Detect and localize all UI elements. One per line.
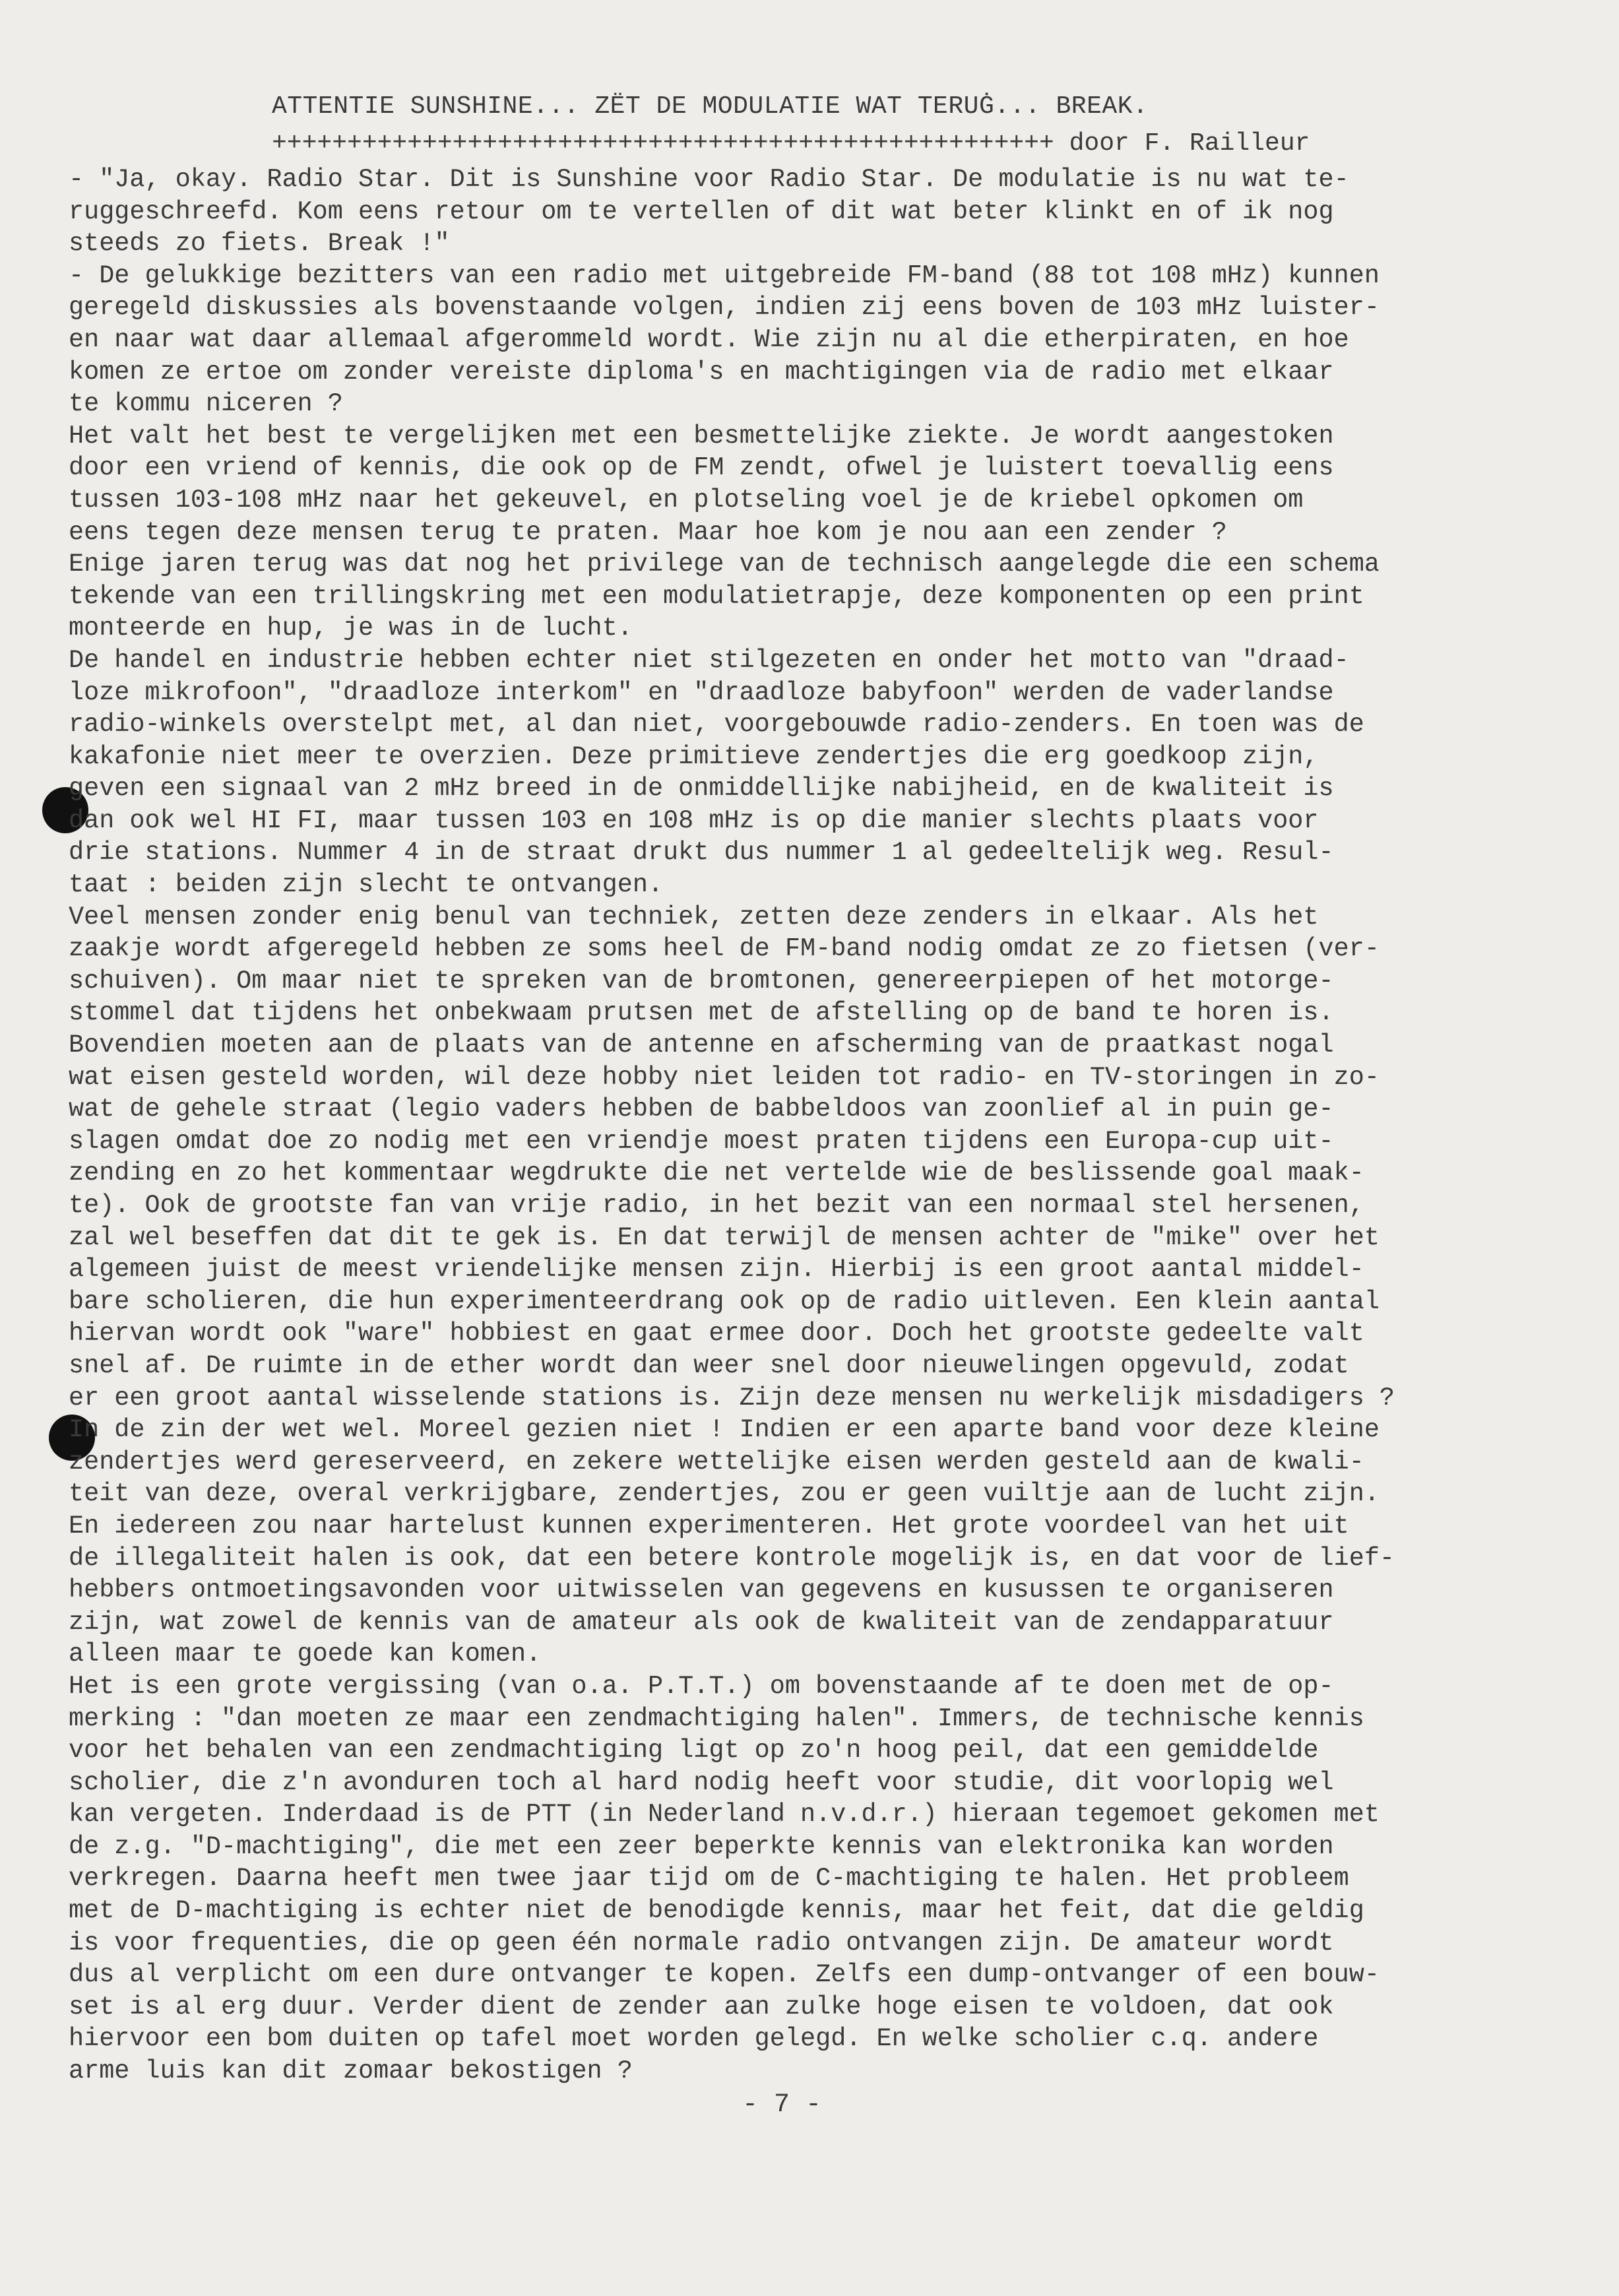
text-line: te kommu niceren ? — [69, 388, 1586, 420]
text-line: Het valt het best te vergelijken met een… — [69, 420, 1586, 453]
text-line: set is al erg duur. Verder dient de zend… — [69, 1991, 1586, 2024]
text-line: dan ook wel HI FI, maar tussen 103 en 10… — [69, 805, 1586, 837]
text-line: alleen maar te goede kan komen. — [69, 1638, 1586, 1671]
text-line: door een vriend of kennis, die ook op de… — [69, 452, 1586, 484]
text-line: Enige jaren terug was dat nog het privil… — [69, 548, 1586, 581]
text-line: teit van deze, overal verkrijgbare, zend… — [69, 1478, 1586, 1510]
text-line: voor het behalen van een zendmachtiging … — [69, 1735, 1586, 1767]
text-line: arme luis kan dit zomaar bekostigen ? — [69, 2055, 1586, 2088]
text-line: De handel en industrie hebben echter nie… — [69, 645, 1586, 677]
author-byline: door F. Railleur — [1069, 129, 1310, 158]
text-line: wat eisen gesteld worden, wil deze hobby… — [69, 1062, 1586, 1094]
text-line: radio-winkels overstelpt met, al dan nie… — [69, 709, 1586, 741]
text-line: merking : "dan moeten ze maar een zendma… — [69, 1703, 1586, 1735]
text-line: In de zin der wet wel. Moreel gezien nie… — [69, 1414, 1586, 1446]
article-body: - "Ja, okay. Radio Star. Dit is Sunshine… — [69, 164, 1586, 2088]
text-line: Bovendien moeten aan de plaats van de an… — [69, 1029, 1586, 1062]
text-line: drie stations. Nummer 4 in de straat dru… — [69, 837, 1586, 869]
text-line: ruggeschreefd. Kom eens retour om te ver… — [69, 196, 1586, 228]
text-line: er een groot aantal wisselende stations … — [69, 1382, 1586, 1415]
text-line: En iedereen zou naar hartelust kunnen ex… — [69, 1510, 1586, 1543]
text-line: zendertjes werd gereserveerd, en zekere … — [69, 1446, 1586, 1479]
text-line: slagen omdat doe zo nodig met een vriend… — [69, 1126, 1586, 1158]
text-line: eens tegen deze mensen terug te praten. … — [69, 517, 1586, 549]
text-line: steeds zo fiets. Break !" — [69, 228, 1586, 260]
text-line: zending en zo het kommentaar wegdrukte d… — [69, 1157, 1586, 1190]
separator-line: ++++++++++++++++++++++++++++++++++++++++… — [272, 129, 1054, 158]
text-line: de z.g. "D-machtiging", die met een zeer… — [69, 1831, 1586, 1863]
document-page: ATTENTIE SUNSHINE... ZËT DE MODULATIE WA… — [0, 0, 1619, 2296]
text-line: de illegaliteit halen is ook, dat een be… — [69, 1543, 1586, 1575]
text-line: komen ze ertoe om zonder vereiste diplom… — [69, 356, 1586, 389]
text-line: geven een signaal van 2 mHz breed in de … — [69, 773, 1586, 805]
text-line: loze mikrofoon", "draadloze interkom" en… — [69, 677, 1586, 709]
page-number: - 7 - — [742, 2090, 821, 2120]
text-line: kan vergeten. Inderdaad is de PTT (in Ne… — [69, 1799, 1586, 1831]
text-line: en naar wat daar allemaal afgerommeld wo… — [69, 324, 1586, 356]
text-line: met de D-machtiging is echter niet de be… — [69, 1895, 1586, 1927]
text-line: Veel mensen zonder enig benul van techni… — [69, 901, 1586, 934]
text-line: algemeen juist de meest vriendelijke men… — [69, 1254, 1586, 1286]
text-line: tekende van een trillingskring met een m… — [69, 581, 1586, 613]
text-line: zaakje wordt afgeregeld hebben ze soms h… — [69, 933, 1586, 965]
article-title: ATTENTIE SUNSHINE... ZËT DE MODULATIE WA… — [272, 92, 1148, 121]
text-line: - De gelukkige bezitters van een radio m… — [69, 260, 1586, 292]
text-line: kakafonie niet meer te overzien. Deze pr… — [69, 741, 1586, 773]
text-line: bare scholieren, die hun experimenteerdr… — [69, 1286, 1586, 1318]
text-line: wat de gehele straat (legio vaders hebbe… — [69, 1093, 1586, 1126]
text-line: tussen 103-108 mHz naar het gekeuvel, en… — [69, 484, 1586, 517]
text-line: is voor frequenties, die op geen één nor… — [69, 1927, 1586, 1960]
text-line: dus al verplicht om een dure ontvanger t… — [69, 1959, 1586, 1991]
text-line: zal wel beseffen dat dit te gek is. En d… — [69, 1222, 1586, 1254]
text-line: Het is een grote vergissing (van o.a. P.… — [69, 1671, 1586, 1703]
text-line: te). Ook de grootste fan van vrije radio… — [69, 1190, 1586, 1222]
text-line: hiervoor een bom duiten op tafel moet wo… — [69, 2023, 1586, 2055]
text-line: taat : beiden zijn slecht te ontvangen. — [69, 869, 1586, 901]
text-line: stommel dat tijdens het onbekwaam prutse… — [69, 997, 1586, 1029]
text-line: snel af. De ruimte in de ether wordt dan… — [69, 1350, 1586, 1382]
text-line: hiervan wordt ook "ware" hobbiest en gaa… — [69, 1318, 1586, 1350]
text-line: monteerde en hup, je was in de lucht. — [69, 612, 1586, 645]
text-line: - "Ja, okay. Radio Star. Dit is Sunshine… — [69, 164, 1586, 196]
text-line: schuiven). Om maar niet te spreken van d… — [69, 965, 1586, 998]
text-line: hebbers ontmoetingsavonden voor uitwisse… — [69, 1574, 1586, 1607]
text-line: geregeld diskussies als bovenstaande vol… — [69, 292, 1586, 324]
byline-row: ++++++++++++++++++++++++++++++++++++++++… — [272, 129, 1310, 158]
text-line: zijn, wat zowel de kennis van de amateur… — [69, 1607, 1586, 1639]
text-line: scholier, die z'n avonduren toch al hard… — [69, 1767, 1586, 1799]
text-line: verkregen. Daarna heeft men twee jaar ti… — [69, 1863, 1586, 1895]
